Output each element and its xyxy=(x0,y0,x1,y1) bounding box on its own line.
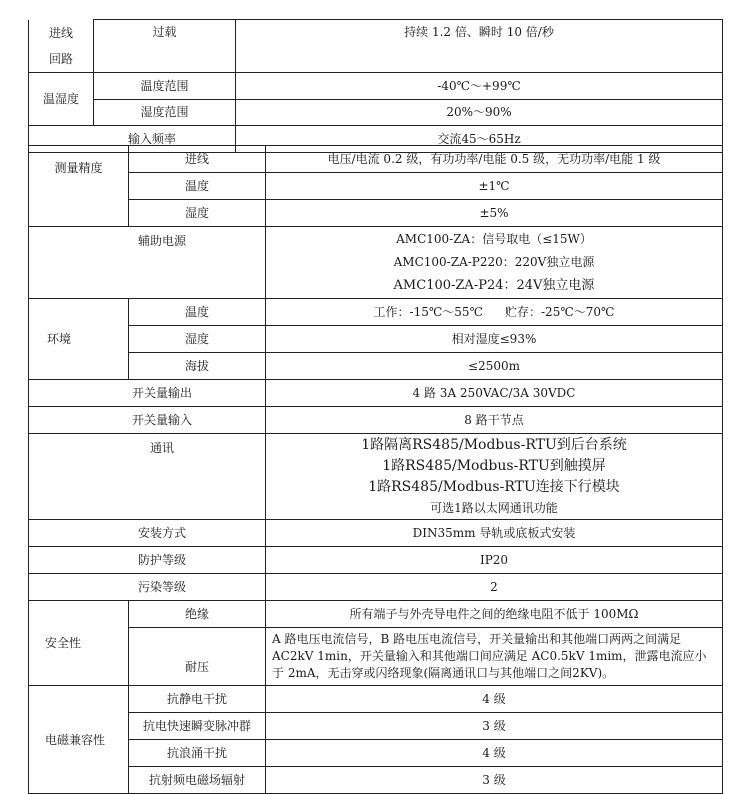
aux-power-line: AMC100-ZA-P220：220V独立电源 xyxy=(266,251,722,274)
item-label: 湿度 xyxy=(129,326,266,353)
table-row: 测量精度 进线 电压/电流 0.2 级，有功功率/电能 0.5 级，无功功率/电… xyxy=(29,146,723,173)
item-value: 4 路 3A 250VAC/3A 30VDC xyxy=(266,380,723,407)
storage-temp: 贮存：-25℃～70℃ xyxy=(505,305,614,319)
item-label: 绝缘 xyxy=(129,601,266,628)
item-value: IP20 xyxy=(266,547,723,574)
group-environment: 环境 xyxy=(29,299,129,380)
item-value: 电压/电流 0.2 级，有功功率/电能 0.5 级，无功功率/电能 1 级 xyxy=(266,146,723,173)
item-value: 2 xyxy=(266,574,723,601)
table-row: 耐压 A 路电压电流信号，B 路电压电流信号，开关量输出和其他端口两两之间满足 … xyxy=(29,628,723,686)
item-value: 持续 1.2 倍、瞬时 10 倍/秒 xyxy=(236,20,723,73)
item-value: -40℃～+99℃ xyxy=(236,72,723,99)
table-row: 抗射频电磁场辐射 3 级 xyxy=(29,767,723,794)
item-label: 海拔 xyxy=(129,353,266,380)
item-value: 所有端子与外壳导电件之间的绝缘电阻不低于 100MΩ xyxy=(266,601,723,628)
table-row: 湿度范围 20%～90% xyxy=(29,99,723,125)
table-row: 海拔 ≤2500m xyxy=(29,353,723,380)
item-label: 安装方式 xyxy=(29,520,266,547)
group-measurement-accuracy: 测量精度 xyxy=(29,146,129,227)
item-label: 耐压 xyxy=(129,628,266,686)
spec-table-main: 测量精度 进线 电压/电流 0.2 级，有功功率/电能 0.5 级，无功功率/电… xyxy=(28,145,723,794)
comm-line: 1路RS485/Modbus-RTU连接下行模块 xyxy=(266,477,722,498)
comm-line: 1路RS485/Modbus-RTU到触摸屏 xyxy=(266,456,722,477)
item-label: 抗射频电磁场辐射 xyxy=(129,767,266,794)
table-row: 进线 回路 过载 持续 1.2 倍、瞬时 10 倍/秒 xyxy=(29,20,723,73)
table-row: 污染等级 2 xyxy=(29,574,723,601)
item-value: 4 级 xyxy=(266,740,723,767)
item-label: 温度 xyxy=(129,299,266,326)
table-row: 安装方式 DIN35mm 导轨或底板式安装 xyxy=(29,520,723,547)
item-label: 湿度 xyxy=(129,200,266,227)
work-temp: 工作：-15℃～55℃ xyxy=(374,305,483,319)
spec-table-top: 进线 回路 过载 持续 1.2 倍、瞬时 10 倍/秒 温湿度 温度范围 -40… xyxy=(28,19,723,153)
table-row: 环境 温度 工作：-15℃～55℃贮存：-25℃～70℃ xyxy=(29,299,723,326)
item-value: 工作：-15℃～55℃贮存：-25℃～70℃ xyxy=(266,299,723,326)
item-label: 抗静电干扰 xyxy=(129,686,266,713)
item-value: 相对湿度≤93% xyxy=(266,326,723,353)
table-row: 辅助电源 AMC100-ZA：信号取电（≤15W） AMC100-ZA-P220… xyxy=(29,227,723,299)
item-label: 进线 xyxy=(129,146,266,173)
group-safety: 安全性 xyxy=(29,601,129,686)
table-row: 防护等级 IP20 xyxy=(29,547,723,574)
item-label: 湿度范围 xyxy=(94,99,236,125)
item-label: 温度范围 xyxy=(94,72,236,99)
item-value: 4 级 xyxy=(266,686,723,713)
table-row: 通讯 1路隔离RS485/Modbus-RTU到后台系统 1路RS485/Mod… xyxy=(29,434,723,520)
group-label-line: 回路 xyxy=(29,46,93,72)
table-row: 安全性 绝缘 所有端子与外壳导电件之间的绝缘电阻不低于 100MΩ xyxy=(29,601,723,628)
item-value: 3 级 xyxy=(266,713,723,740)
item-label: 抗浪涌干扰 xyxy=(129,740,266,767)
item-value: 3 级 xyxy=(266,767,723,794)
item-value: A 路电压电流信号，B 路电压电流信号，开关量输出和其他端口两两之间满足 AC2… xyxy=(266,628,723,686)
table-row: 温湿度 温度范围 -40℃～+99℃ xyxy=(29,72,723,99)
comm-line: 可选1路以太网通讯功能 xyxy=(266,498,722,519)
item-label: 过载 xyxy=(94,20,236,73)
item-value: ±1℃ xyxy=(266,173,723,200)
table-row: 抗浪涌干扰 4 级 xyxy=(29,740,723,767)
table-row: 开关量输出 4 路 3A 250VAC/3A 30VDC xyxy=(29,380,723,407)
comm-line: 1路隔离RS485/Modbus-RTU到后台系统 xyxy=(266,435,722,456)
aux-power-values: AMC100-ZA：信号取电（≤15W） AMC100-ZA-P220：220V… xyxy=(266,227,723,299)
aux-power-line: AMC100-ZA：信号取电（≤15W） xyxy=(266,228,722,251)
table-row: 电磁兼容性 抗静电干扰 4 级 xyxy=(29,686,723,713)
aux-power-line: AMC100-ZA-P24：24V独立电源 xyxy=(266,274,722,297)
item-value: ≤2500m xyxy=(266,353,723,380)
item-label: 通讯 xyxy=(29,434,266,520)
table-row: 开关量输入 8 路干节点 xyxy=(29,407,723,434)
item-value: ±5% xyxy=(266,200,723,227)
table-row: 温度 ±1℃ xyxy=(29,173,723,200)
item-value: 8 路干节点 xyxy=(266,407,723,434)
group-temp-humidity: 温湿度 xyxy=(29,72,94,125)
item-label: 开关量输出 xyxy=(29,380,266,407)
item-label: 辅助电源 xyxy=(29,227,266,299)
table-row: 抗电快速瞬变脉冲群 3 级 xyxy=(29,713,723,740)
item-label: 防护等级 xyxy=(29,547,266,574)
item-label: 开关量输入 xyxy=(29,407,266,434)
communication-values: 1路隔离RS485/Modbus-RTU到后台系统 1路RS485/Modbus… xyxy=(266,434,723,520)
group-emc: 电磁兼容性 xyxy=(29,686,129,794)
table-row: 湿度 相对湿度≤93% xyxy=(29,326,723,353)
group-incoming-circuit: 进线 回路 xyxy=(29,20,94,73)
item-value: DIN35mm 导轨或底板式安装 xyxy=(266,520,723,547)
item-label: 温度 xyxy=(129,173,266,200)
item-label: 污染等级 xyxy=(29,574,266,601)
table-row: 湿度 ±5% xyxy=(29,200,723,227)
item-label: 抗电快速瞬变脉冲群 xyxy=(129,713,266,740)
group-label-line: 进线 xyxy=(29,20,93,46)
item-value: 20%～90% xyxy=(236,99,723,125)
